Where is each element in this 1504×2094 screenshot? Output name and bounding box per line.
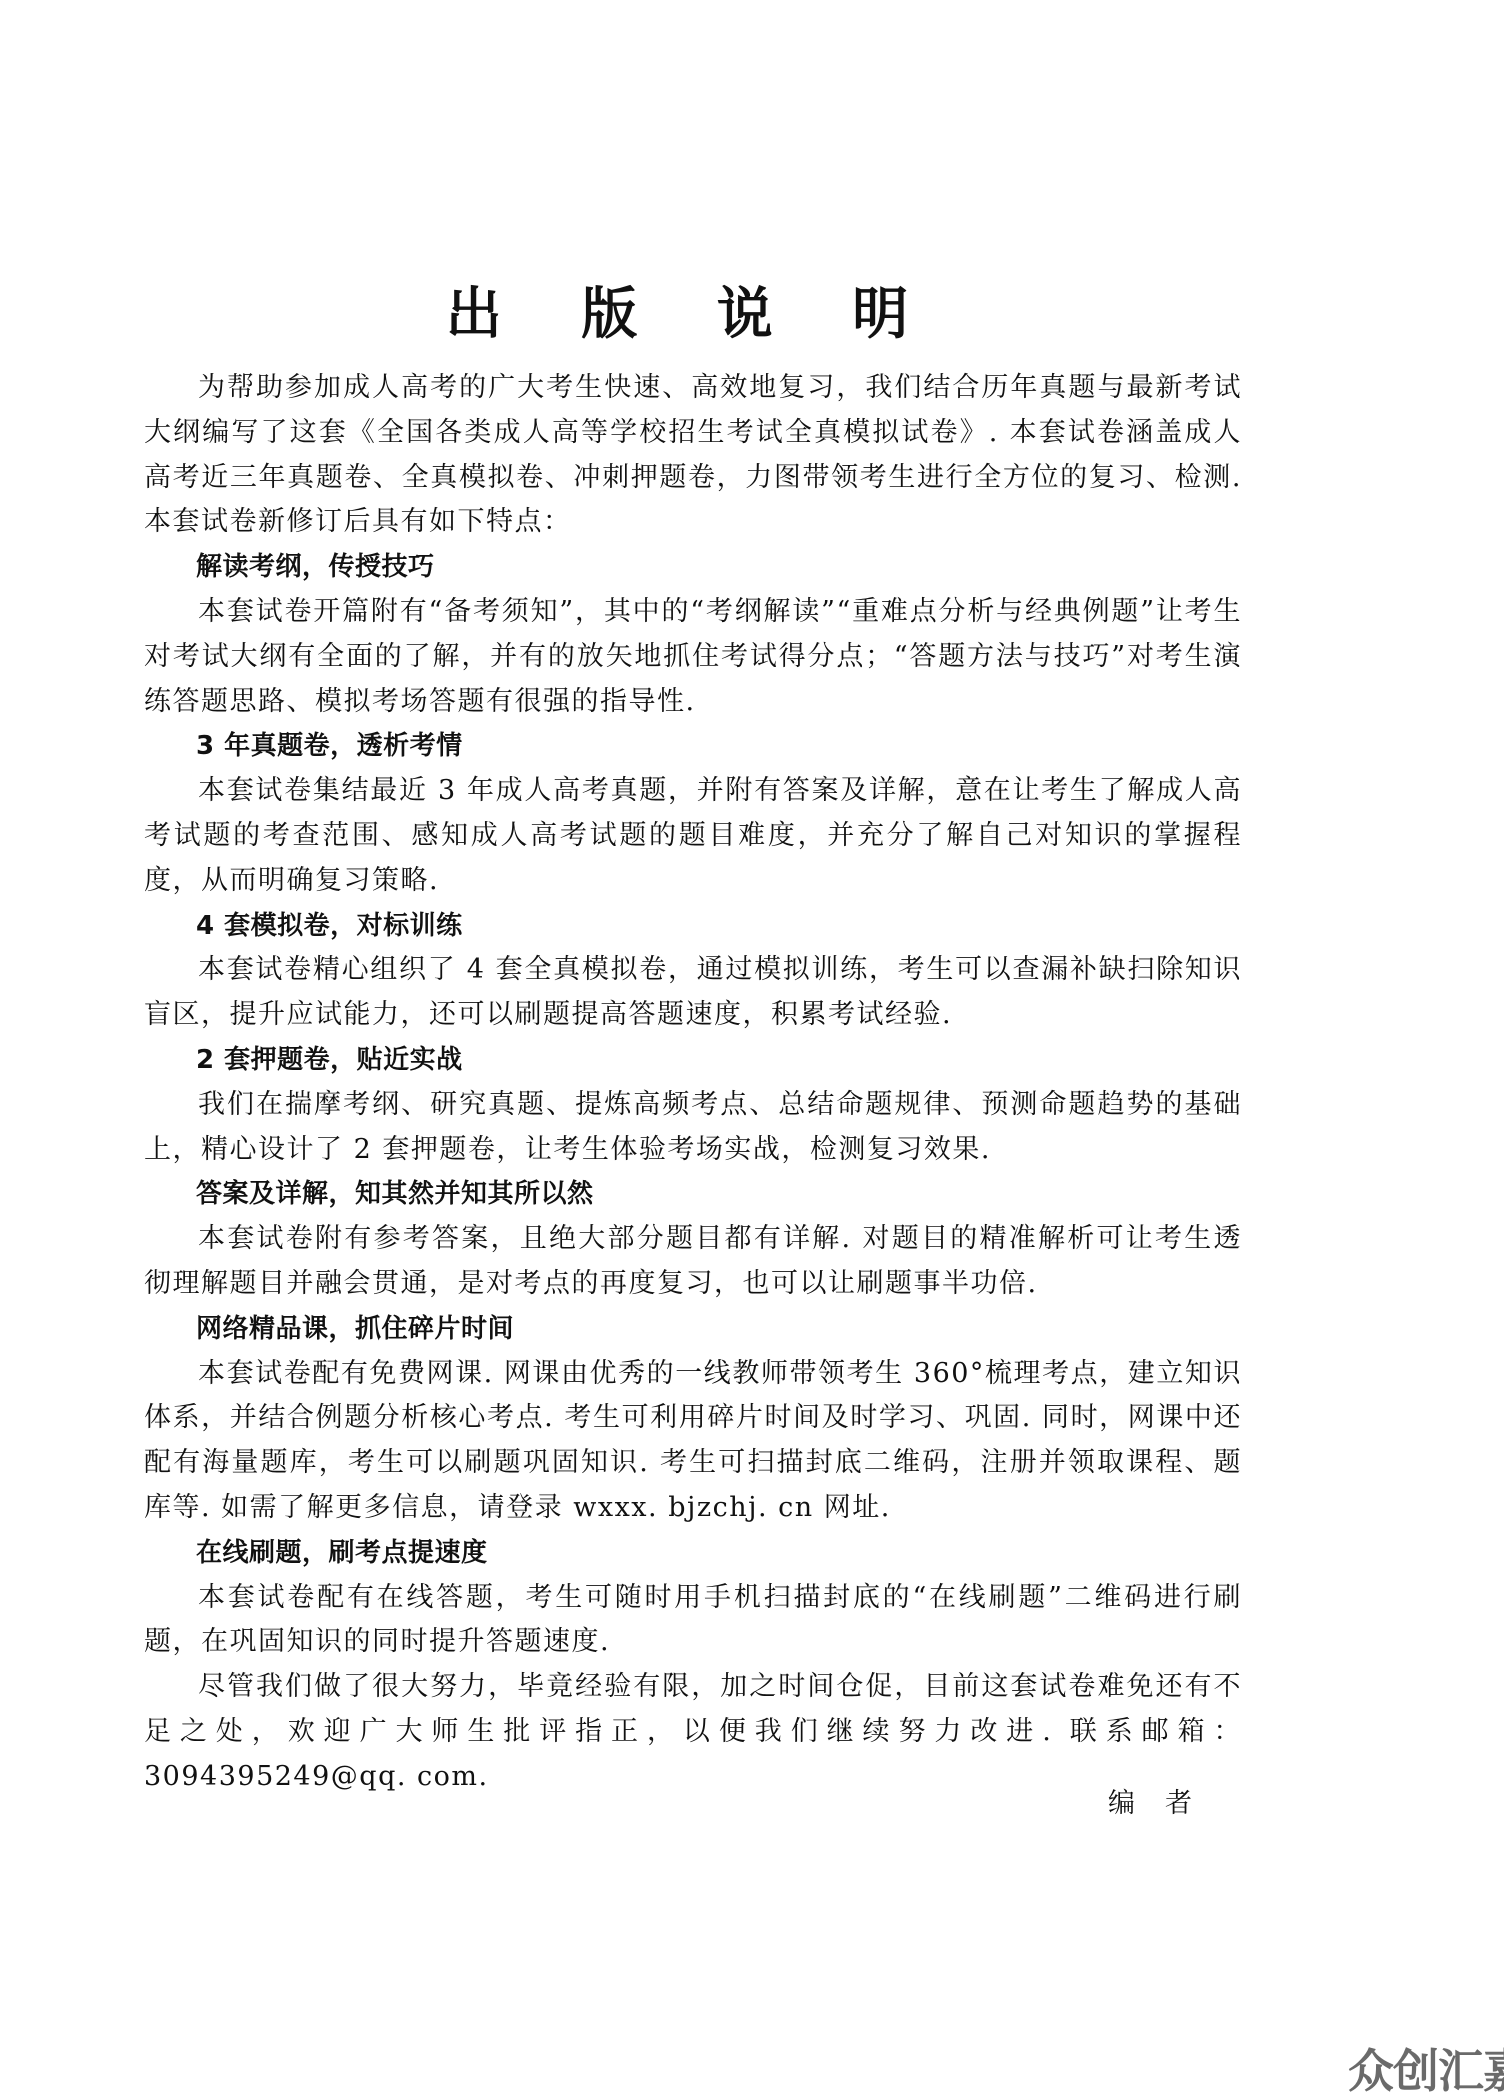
section-body-mock-papers: 本套试卷精心组织了 4 套全真模拟卷，通过模拟训练，考生可以查漏补缺扫除知识盲区… [144, 948, 1242, 1038]
section-heading-mock-papers: 4 套模拟卷，对标训练 [144, 904, 1242, 949]
section-heading-answers: 答案及详解，知其然并知其所以然 [144, 1172, 1242, 1217]
section-body-answers: 本套试卷附有参考答案，且绝大部分题目都有详解. 对题目的精准解析可让考生透彻理解… [144, 1217, 1242, 1307]
section-body-online-practice: 本套试卷配有在线答题，考生可随时用手机扫描封底的“在线刷题”二维码进行刷题，在巩… [144, 1576, 1242, 1666]
section-body-past-papers: 本套试卷集结最近 3 年成人高考真题，并附有答案及详解，意在让考生了解成人高考试… [144, 769, 1242, 903]
closing-paragraph: 尽管我们做了很大努力，毕竟经验有限，加之时间仓促，目前这套试卷难免还有不足之处，… [144, 1665, 1242, 1799]
section-heading-online-course: 网络精品课，抓住碎片时间 [144, 1307, 1242, 1352]
section-body-outline: 本套试卷开篇附有“备考须知”，其中的“考纲解读”“重难点分析与经典例题”让考生对… [144, 590, 1242, 724]
section-body-online-course: 本套试卷配有免费网课. 网课由优秀的一线教师带领考生 360°梳理考点，建立知识… [144, 1352, 1242, 1531]
section-heading-online-practice: 在线刷题，刷考点提速度 [144, 1531, 1242, 1576]
section-heading-outline: 解读考纲，传授技巧 [144, 545, 1242, 590]
editor-signature: 编者 [1108, 1784, 1222, 1824]
section-body-prediction-papers: 我们在揣摩考纲、研究真题、提炼高频考点、总结命题规律、预测命题趋势的基础上，精心… [144, 1083, 1242, 1173]
intro-paragraph: 为帮助参加成人高考的广大考生快速、高效地复习，我们结合历年真题与最新考试大纲编写… [144, 366, 1242, 545]
section-heading-prediction-papers: 2 套押题卷，贴近实战 [144, 1038, 1242, 1083]
document-body: 为帮助参加成人高考的广大考生快速、高效地复习，我们结合历年真题与最新考试大纲编写… [144, 366, 1242, 1800]
section-heading-past-papers: 3 年真题卷，透析考情 [144, 724, 1242, 769]
watermark-logo: 众创汇嘉 [1348, 2046, 1504, 2094]
page-title: 出 版 说 明 [0, 282, 1384, 346]
